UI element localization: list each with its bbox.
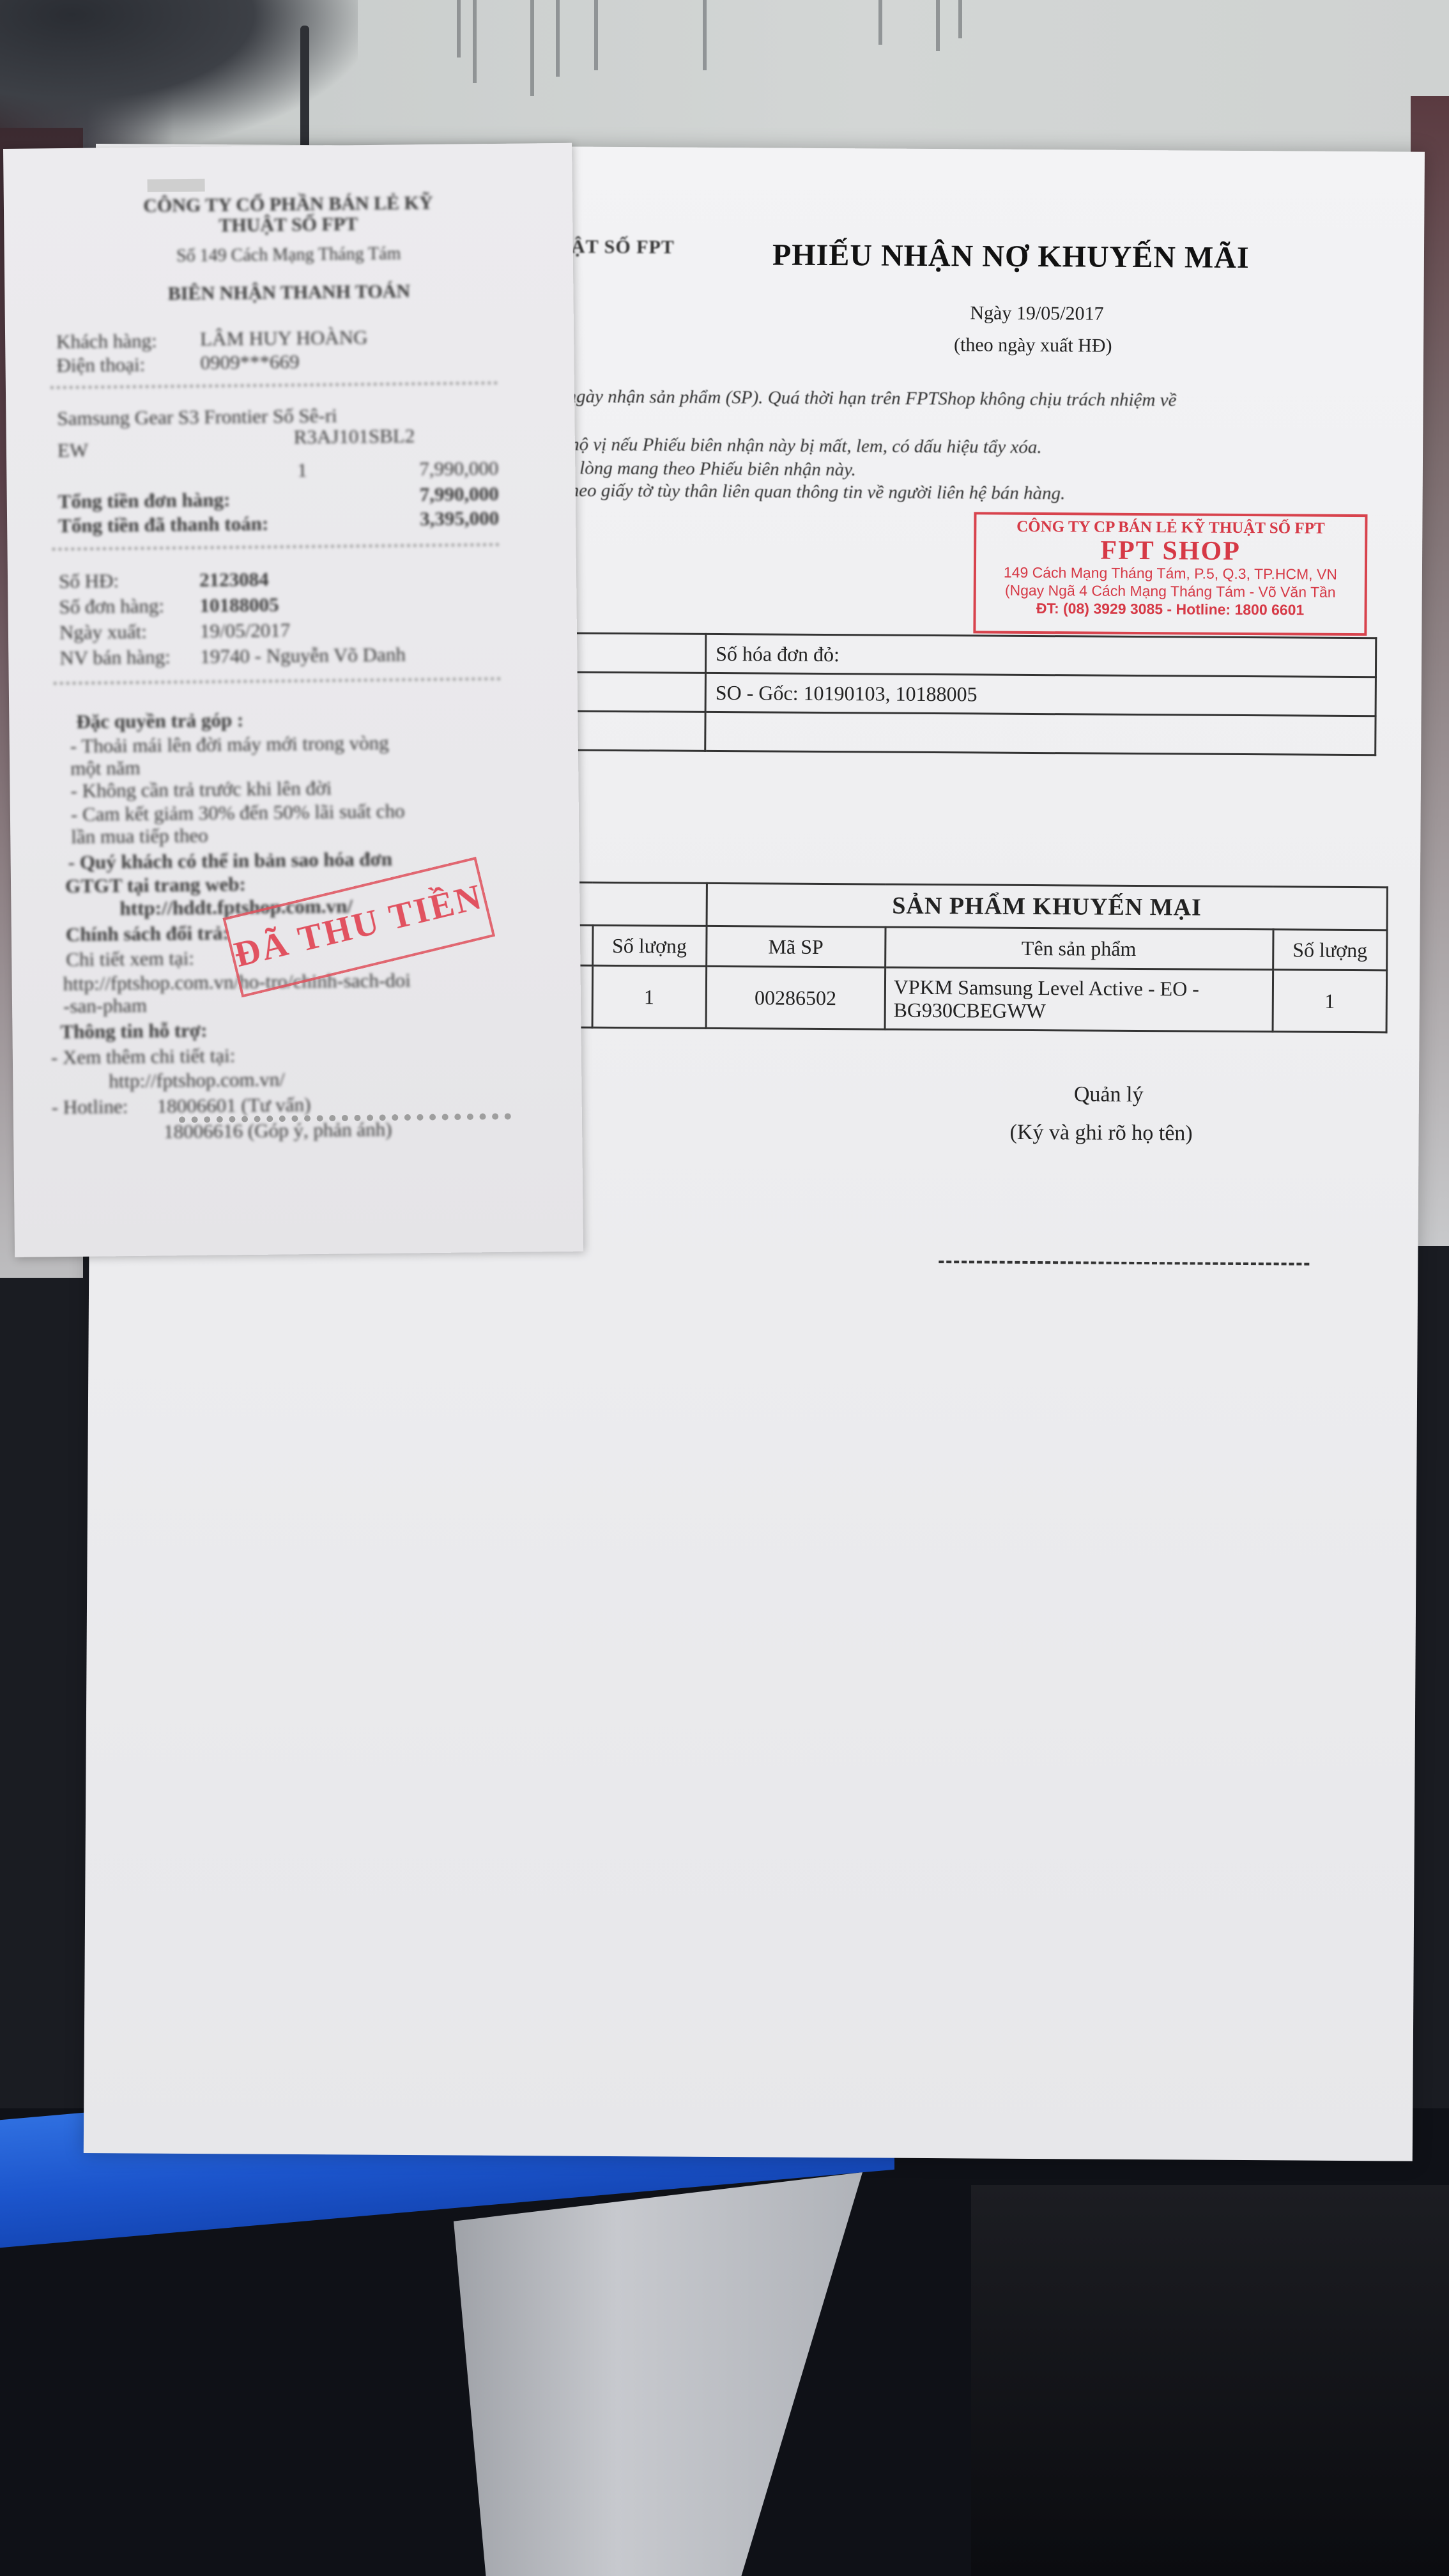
blurred-text-mark (473, 0, 477, 83)
note-line: i lòng mang theo Phiếu biên nhận này. (570, 458, 856, 481)
original-so-numbers: SO - Gốc: 10190103, 10188005 (705, 673, 1376, 716)
blurred-text-mark (556, 0, 560, 77)
background-papers (0, 0, 1449, 166)
table-row: SO - Gốc: 10190103, 10188005 (540, 672, 1376, 716)
column-header-product-name: Tên sản phẩm (885, 927, 1273, 970)
paid-label: Tổng tiền đã thanh toán: (58, 512, 268, 537)
customer-value: LÂM HUY HOÀNG (200, 326, 368, 351)
note-line: heo giấy tờ tùy thân liên quan thông tin… (570, 480, 1066, 505)
staff-value: 19740 - Nguyễn Võ Danh (200, 643, 406, 668)
payment-receipt: CÔNG TY CỔ PHẦN BÁN LẺ KỸ THUẬT SỐ FPT S… (3, 143, 583, 1257)
company-stamp: CÔNG TY CP BÁN LẺ KỸ THUẬT SỐ FPT FPT SH… (973, 512, 1367, 636)
product-serial: R3AJ101SBL2 (294, 424, 415, 448)
red-invoice-number: Số hóa đơn đỏ: (705, 634, 1376, 677)
stamp-company: CÔNG TY CP BÁN LẺ KỸ THUẬT SỐ FPT (976, 517, 1365, 539)
product-qty: 1 (297, 459, 307, 482)
receipt-title: BIÊN NHẬN THANH TOÁN (4, 279, 573, 307)
support-more: - Xem thêm chi tiết tại: (51, 1044, 236, 1069)
invoice-number-value: 2123084 (199, 568, 269, 592)
total-value: 7,990,000 (420, 482, 499, 506)
stamp-landmark: (Ngay Ngã 4 Cách Mạng Tháng Tám - Võ Văn… (976, 581, 1365, 601)
order-number-label: Số đơn hàng: (59, 594, 164, 618)
exchange-policy-detail: Chi tiết xem tại: (66, 947, 194, 971)
product-code: EW (57, 439, 89, 463)
table-row: 1 00286502 VPKM Samsung Level Active - E… (538, 965, 1387, 1032)
stamp-brand: FPT SHOP (976, 536, 1365, 565)
table-group-header-row: SẢN PHẨM KHUYẾN MẠI (539, 882, 1388, 930)
stamp-address: 149 Cách Mạng Tháng Tám, P.5, Q.3, TP.HC… (976, 563, 1365, 583)
blurred-text-mark (703, 0, 707, 70)
promo-quantity-cell: 1 (1273, 970, 1387, 1032)
divider (52, 543, 500, 551)
note-line: hộ vị nếu Phiếu biên nhận này bị mất, le… (570, 434, 1042, 459)
hotline-label: - Hotline: (52, 1095, 128, 1119)
staff-label: NV bán hàng: (59, 645, 171, 670)
quantity-cell: 1 (592, 965, 707, 1028)
column-header-promo-quantity: Số lượng (1273, 930, 1387, 970)
blurred-text-mark (958, 0, 962, 38)
binder-strap (300, 26, 309, 153)
invoice-info-table: nh Số hóa đơn đỏ: SO - Gốc: 10190103, 10… (539, 632, 1377, 756)
paid-value: 3,395,000 (420, 507, 499, 530)
table-cell (705, 712, 1376, 755)
hotline-consult: 18006601 (Tư vấn) (157, 1093, 311, 1118)
background-bag (971, 2185, 1449, 2576)
issue-date-label: Ngày xuất: (59, 620, 147, 644)
promo-products-header: SẢN PHẨM KHUYẾN MẠI (707, 883, 1388, 930)
blurred-text-mark (878, 0, 882, 45)
support-url: http://fptshop.com.vn/ (109, 1068, 285, 1092)
vat-note: - Quý khách có thể in bản sao hóa đơn (68, 848, 393, 874)
divider (54, 677, 501, 685)
stamp-phone: ĐT: (08) 3929 3085 - Hotline: 1800 6601 (976, 599, 1365, 619)
document-title: PHIẾU NHẬN NỢ KHUYẾN MÃI (772, 237, 1250, 275)
support-title: Thông tin hỗ trợ: (60, 1019, 207, 1043)
blurred-text-mark (530, 0, 534, 96)
phone-value: 0909***669 (200, 350, 299, 374)
product-code-cell: 00286502 (706, 966, 885, 1029)
signature-line (939, 1261, 1309, 1266)
customer-label: Khách hàng: (56, 329, 157, 353)
blurred-text-mark (936, 0, 940, 51)
installment-item: - Thoải mái lên đời máy mới trong vòng (70, 732, 389, 758)
table-header-row: Số lượng Mã SP Tên sản phẩm Số lượng (538, 925, 1387, 970)
table-row: nh Số hóa đơn đỏ: (540, 633, 1376, 677)
product-price: 7,990,000 (419, 457, 498, 480)
exchange-policy-url: -san-pham (63, 994, 147, 1018)
receipt-tear-tab (148, 179, 205, 192)
phone-label: Điện thoại: (56, 353, 145, 377)
note-line: ngày nhận sản phẩm (SP). Quá thời hạn tr… (567, 387, 1176, 411)
exchange-policy-title: Chính sách đổi trả: (66, 921, 229, 946)
total-label: Tổng tiền đơn hàng: (58, 488, 231, 513)
order-number-value: 10188005 (199, 594, 279, 617)
installment-item: - Cam kết giảm 30% đến 50% lãi suất cho (71, 799, 405, 825)
installment-title: Đặc quyền trả góp : (76, 709, 243, 733)
installment-item: lần mua tiếp theo (71, 824, 208, 848)
document-date-note: (theo ngày xuất HĐ) (954, 334, 1112, 357)
blurred-text-mark (457, 0, 461, 57)
table-row (539, 711, 1376, 755)
signature-title: Quản lý (1074, 1082, 1144, 1107)
signature-note: (Ký và ghi rõ họ tên) (1009, 1121, 1192, 1146)
blurred-text-mark (594, 0, 598, 70)
installment-item: - Không cần trả trước khi lên đời (70, 777, 332, 802)
vat-note: GTGT tại trang web: (65, 873, 246, 898)
column-header-quantity: Số lượng (592, 925, 707, 966)
installment-item: một năm (70, 756, 141, 780)
promo-products-table: SẢN PHẨM KHUYẾN MẠI Số lượng Mã SP Tên s… (538, 881, 1388, 1033)
product-name-cell: VPKM Samsung Level Active - EO -BG930CBE… (885, 967, 1273, 1032)
invoice-number-label: Số HĐ: (59, 569, 119, 593)
column-header-product-code: Mã SP (706, 926, 885, 967)
company-name-fragment: ẬT SỐ FPT (571, 236, 675, 259)
divider (50, 381, 498, 389)
receipt-address: Số 149 Cách Mạng Tháng Tám (4, 242, 573, 268)
document-date: Ngày 19/05/2017 (970, 302, 1103, 325)
issue-date-value: 19/05/2017 (200, 618, 291, 642)
